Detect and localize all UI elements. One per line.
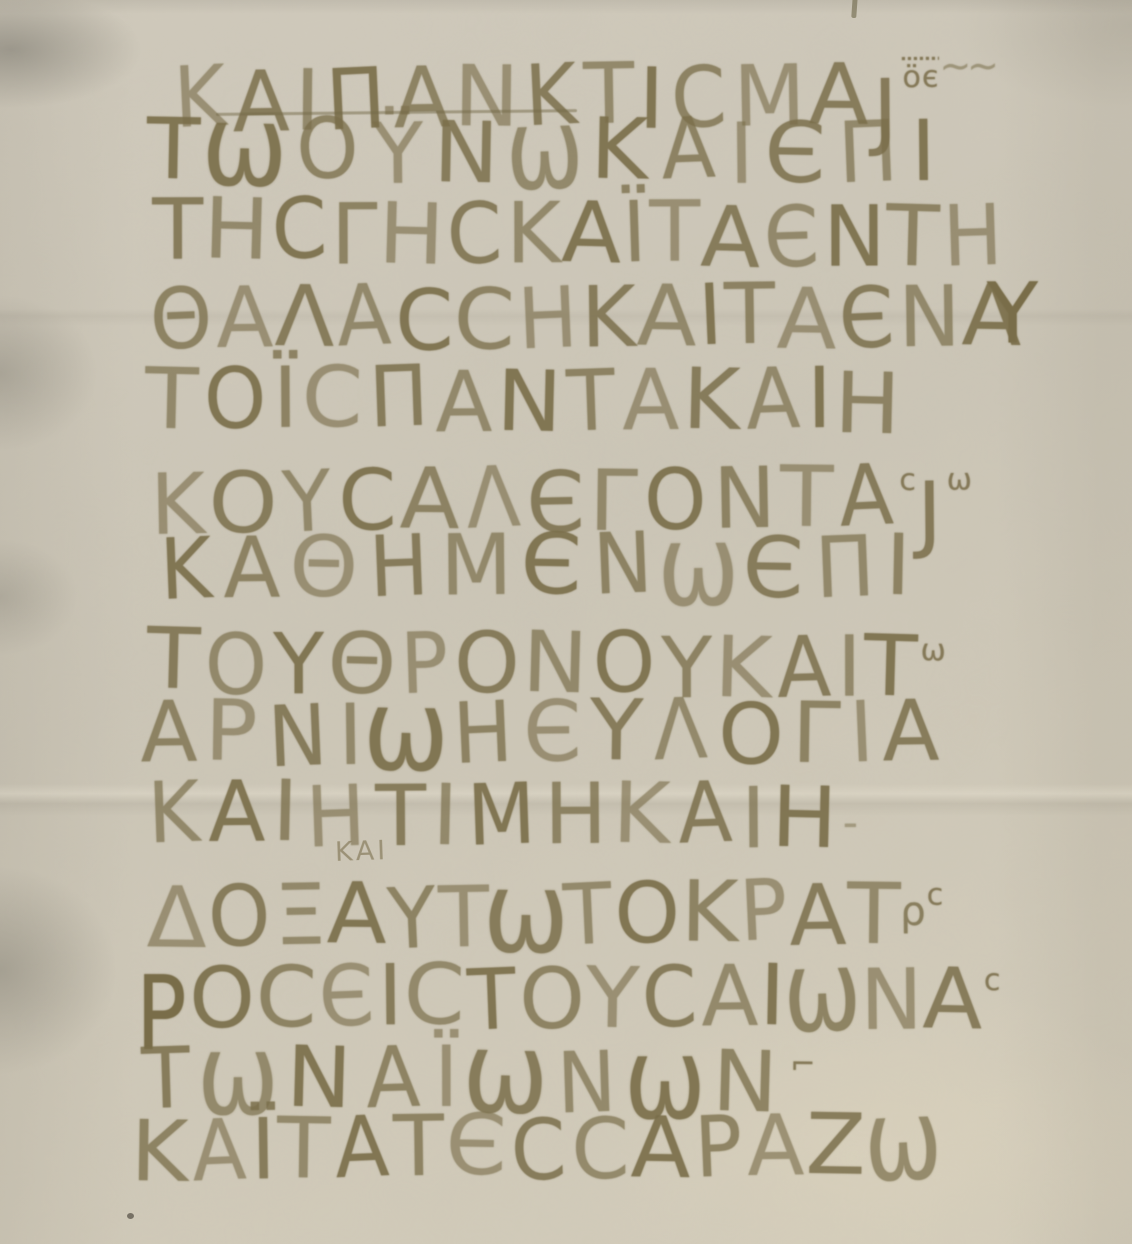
- text-run: ΤΟΪСΠΑΝΤΑΚΑΙΗ: [146, 349, 905, 450]
- ink-speck: [127, 1213, 134, 1219]
- text-line-5: ΤΟΪСΠΑΝΤΑΚΑΙΗ: [146, 358, 1132, 445]
- sup-glyph: ω: [947, 462, 974, 497]
- text-run: ΚΑΪΤΑΤЄССΑΡΑΖω: [132, 1097, 941, 1198]
- wave-glyph: ~~: [939, 43, 995, 87]
- cut-letter-fragment: [851, 0, 858, 18]
- text-line-11: ΔΟΞΑΥΤωΤΟΚΡΑΤρс: [148, 854, 1132, 945]
- text-line-7: ΚΑΘΗΜЄΝωЄΠ Ι: [158, 526, 1132, 609]
- tight-glyph: Υ: [987, 273, 1041, 353]
- text-line-14: ΚΑΪΤΑΤЄССΑΡΑΖω: [132, 1105, 1132, 1192]
- text-run: ΚΑΘΗΜЄΝωЄΠ Ι: [158, 517, 921, 615]
- sup-glyph: с: [899, 463, 917, 498]
- text-line-10: ΚΑΙΗΤΙΜΗΚΑΙΗ-: [146, 773, 1132, 860]
- sup-glyph: с: [927, 878, 945, 913]
- manuscript-page: ΚΑΙΠΑΝΚΤΙСΜΑJӧє~~ΤωΟΫΝωΚΑΙЄΠΙΤΗСΓΗСΚΑΪΤΑ…: [0, 0, 1132, 1244]
- suptall-glyph: ρ: [900, 888, 927, 935]
- mark-glyph: -: [843, 798, 865, 847]
- supdot-glyph: ӧє: [902, 60, 939, 95]
- interlinear-correction: ΚΑΙ: [334, 835, 388, 868]
- text-column: ΚΑΙΠΑΝΚΤΙСΜΑJӧє~~ΤωΟΫΝωΚΑΙЄΠΙΤΗСΓΗСΚΑΪΤΑ…: [0, 28, 1132, 1190]
- sup-glyph: ⌐: [790, 1047, 817, 1082]
- sup-glyph: ω: [920, 633, 947, 668]
- sup-glyph: с: [984, 963, 1002, 998]
